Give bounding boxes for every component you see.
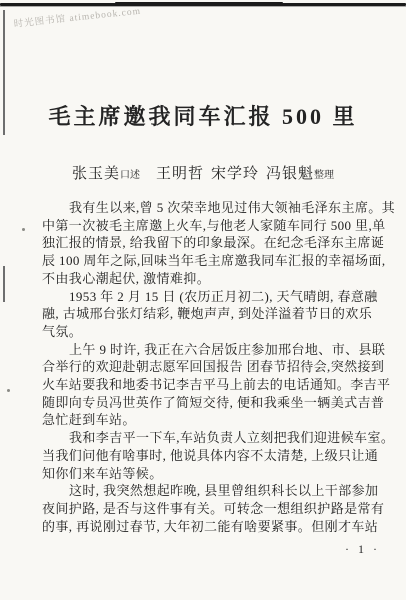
text-line: 上午 9 时许, 我正在六合居饭庄参加邢台地、市、县联: [42, 341, 368, 359]
text-line: 我和李吉平一下车,车站负责人立刻把我们迎进候车室。: [42, 429, 368, 447]
narrator-role: 口述: [120, 170, 140, 181]
recorder-name: 王明哲: [156, 166, 204, 182]
text-line: 融, 古城邢台张灯结彩, 鞭炮声声, 到处洋溢着节日的欢乐: [42, 305, 368, 323]
recorder-name: 冯银魁: [266, 166, 314, 182]
text-line: 随即向专员冯世英作了简短交待, 便和我乘坐一辆美式吉普: [42, 394, 368, 412]
text-line: 这时, 我突然想起昨晚, 县里曾组织科长以上干部参加: [42, 482, 368, 500]
page-title: 毛主席邀我同车汇报 500 里: [0, 100, 406, 131]
page-number: · 1 ·: [345, 542, 380, 557]
text-line: 急忙赶到车站。: [42, 411, 368, 429]
text-line: 夜间护路, 是否与这件事有关。可转念一想组织护路是常有: [42, 500, 368, 518]
text-line: 的事, 再说刚过春节, 大年初二能有啥要紧事。但刚才车站: [42, 518, 368, 536]
scanned-page: 时光图书馆 atimebook.com 毛主席邀我同车汇报 500 里 张玉美口…: [0, 0, 406, 600]
text-line: 不由我心潮起伏, 激情难抑。: [42, 270, 368, 288]
text-line: 辰 100 周年之际,回味当年毛主席邀我同车汇报的幸福场面,: [42, 252, 368, 270]
text-line: 1953 年 2 月 15 日 (农历正月初二), 天气晴朗, 春意融: [42, 288, 368, 306]
text-line: 合举行的欢迎赴朝志愿军回国报告 团春节招待会,突然接到: [42, 358, 368, 376]
recorder-name: 宋学玲: [211, 166, 259, 182]
text-line: 中第一次被毛主席邀上火车,与他老人家随车同行 500 里,单: [42, 217, 368, 235]
scan-line-left: [3, 266, 5, 302]
text-line: 我有生以来,曾 5 次荣幸地见过伟大领袖毛泽东主席。其: [42, 199, 368, 217]
scan-edge-shadow: [0, 6, 406, 7]
byline: 张玉美口述王明哲宋学玲冯银魁整理: [0, 162, 406, 183]
text-line: 知你们来车站等候。: [42, 465, 368, 483]
scan-speck: [22, 228, 25, 231]
text-line: 气氛。: [42, 323, 368, 341]
text-line: 独汇报的情景, 给我留下的印象最深。在纪念毛泽东主席诞: [42, 234, 368, 252]
text-line: 火车站要我和地委书记李吉平马上前去的电话通知。李吉平: [42, 376, 368, 394]
scan-speck: [7, 389, 10, 392]
narrator-name: 张玉美: [72, 166, 120, 182]
text-line: 当我们问他有啥事时, 他说具体内容不太清楚, 上级只让通: [42, 447, 368, 465]
recorder-role: 整理: [314, 170, 334, 181]
body-text: 我有生以来,曾 5 次荣幸地见过伟大领袖毛泽东主席。其中第一次被毛主席邀上火车,…: [42, 199, 368, 535]
